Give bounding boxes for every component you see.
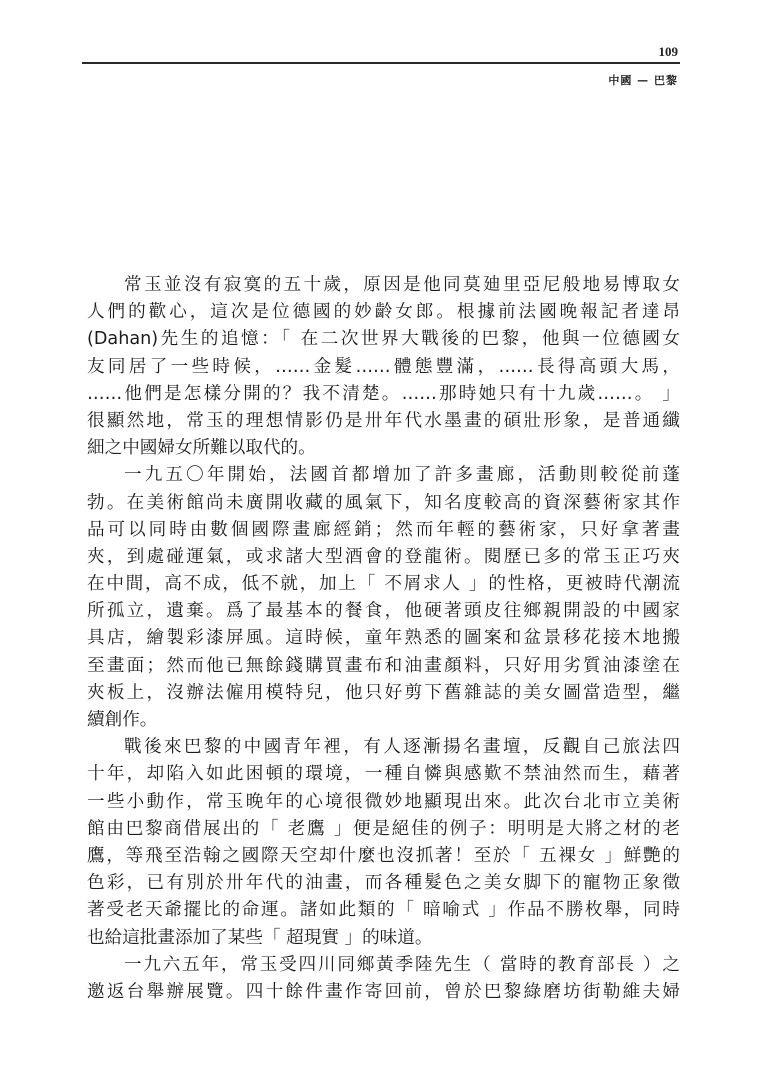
text-line: 友同居了一些時候，……金髮……體態豐滿，……長得高頭大馬， [87,354,680,381]
paragraph-2: 一九五〇年開始，法國首都增加了許多畫廊，活動則較從前蓬 勃。在美術館尚未廣開收藏… [87,462,680,734]
text-line: 館由巴黎商借展出的「 老鷹 」便是絕佳的例子：明明是大將之材的老 [87,816,680,843]
text-line: 品可以同時由數個國際畫廊經銷；然而年輕的藝術家，只好拿著畫 [87,517,680,544]
text-line: 十年，却陷入如此困頓的環境，一種自憐與感歎不禁油然而生，藉著 [87,761,680,788]
text-line: 一九六五年，常玉受四川同鄉黃季陸先生（ 當時的教育部長 ）之 [87,952,680,979]
text-line: 所孤立，遺棄。爲了最基本的餐食，他硬著頭皮往鄉親開設的中國家 [87,598,680,625]
text-line: 很顯然地，常玉的理想情影仍是卅年代水墨畫的碩壯形象，是普通纖 [87,408,680,435]
paragraph-4: 一九六五年，常玉受四川同鄉黃季陸先生（ 當時的教育部長 ）之 邀返台舉辦展覽。四… [87,952,680,1006]
text-line: 夾，到處碰運氣，或求諸大型酒會的登龍術。閱歷已多的常玉正巧夾 [87,544,680,571]
text-line: (Dahan)先生的追憶：「 在二次世界大戰後的巴黎，他與一位德國女 [87,326,680,353]
text-line: 勃。在美術館尚未廣開收藏的風氣下，知名度較高的資深藝術家其作 [87,490,680,517]
text-line: ……他們是怎樣分開的？我不清楚。……那時她只有十九歲……。 」 [87,381,680,408]
text-line: 一九五〇年開始，法國首都增加了許多畫廊，活動則較從前蓬 [87,462,680,489]
text-line: 戰後來巴黎的中國青年裡，有人逐漸揚名畫壇，反觀自己旅法四 [87,734,680,761]
paragraph-1: 常玉並沒有寂寞的五十歲，原因是他同莫廸里亞尼般地易博取女 人們的歡心，這次是位德… [87,272,680,462]
text-line: 細之中國婦女所難以取代的。 [87,435,680,462]
text-line: 常玉並沒有寂寞的五十歲，原因是他同莫廸里亞尼般地易博取女 [87,272,680,299]
text-line: 鷹，等飛至浩翰之國際天空却什麼也沒抓著！至於「 五裸女 」鮮艷的 [87,843,680,870]
page-number: 109 [659,44,679,60]
text-line: 具店，繪製彩漆屏風。這時候，童年熟悉的圖案和盆景移花接木地搬 [87,625,680,652]
text-line: 續創作。 [87,707,680,734]
body-text: 常玉並沒有寂寞的五十歲，原因是他同莫廸里亞尼般地易博取女 人們的歡心，這次是位德… [87,272,680,1006]
text-line: 邀返台舉辦展覽。四十餘件畫作寄回前，曾於巴黎綠磨坊街勒維夫婦 [87,979,680,1006]
text-line: 夾板上，沒辦法僱用模特兒，他只好剪下舊雜誌的美女圖當造型，繼 [87,680,680,707]
running-head: 中國 — 巴黎 [608,72,678,88]
text-line: 一些小動作，常玉晚年的心境很微妙地顯現出來。此次台北市立美術 [87,789,680,816]
header-rule [82,62,680,64]
text-line: 在中間，高不成，低不就，加上「 不屑求人 」的性格，更被時代潮流 [87,571,680,598]
paragraph-3: 戰後來巴黎的中國青年裡，有人逐漸揚名畫壇，反觀自己旅法四 十年，却陷入如此困頓的… [87,734,680,952]
text-line: 著受老天爺擺比的命運。諸如此類的「 暗喻式 」作品不勝枚舉，同時 [87,897,680,924]
text-line: 色彩，已有別於卅年代的油畫，而各種髮色之美女脚下的寵物正象徵 [87,870,680,897]
text-line: 也給這批畫添加了某些「 超現實 」的味道。 [87,925,680,952]
text-line: 人們的歡心，這次是位德國的妙齡女郎。根據前法國晚報記者達昂 [87,299,680,326]
text-line: 至畫面；然而他已無餘錢購買畫布和油畫顏料，只好用劣質油漆塗在 [87,653,680,680]
